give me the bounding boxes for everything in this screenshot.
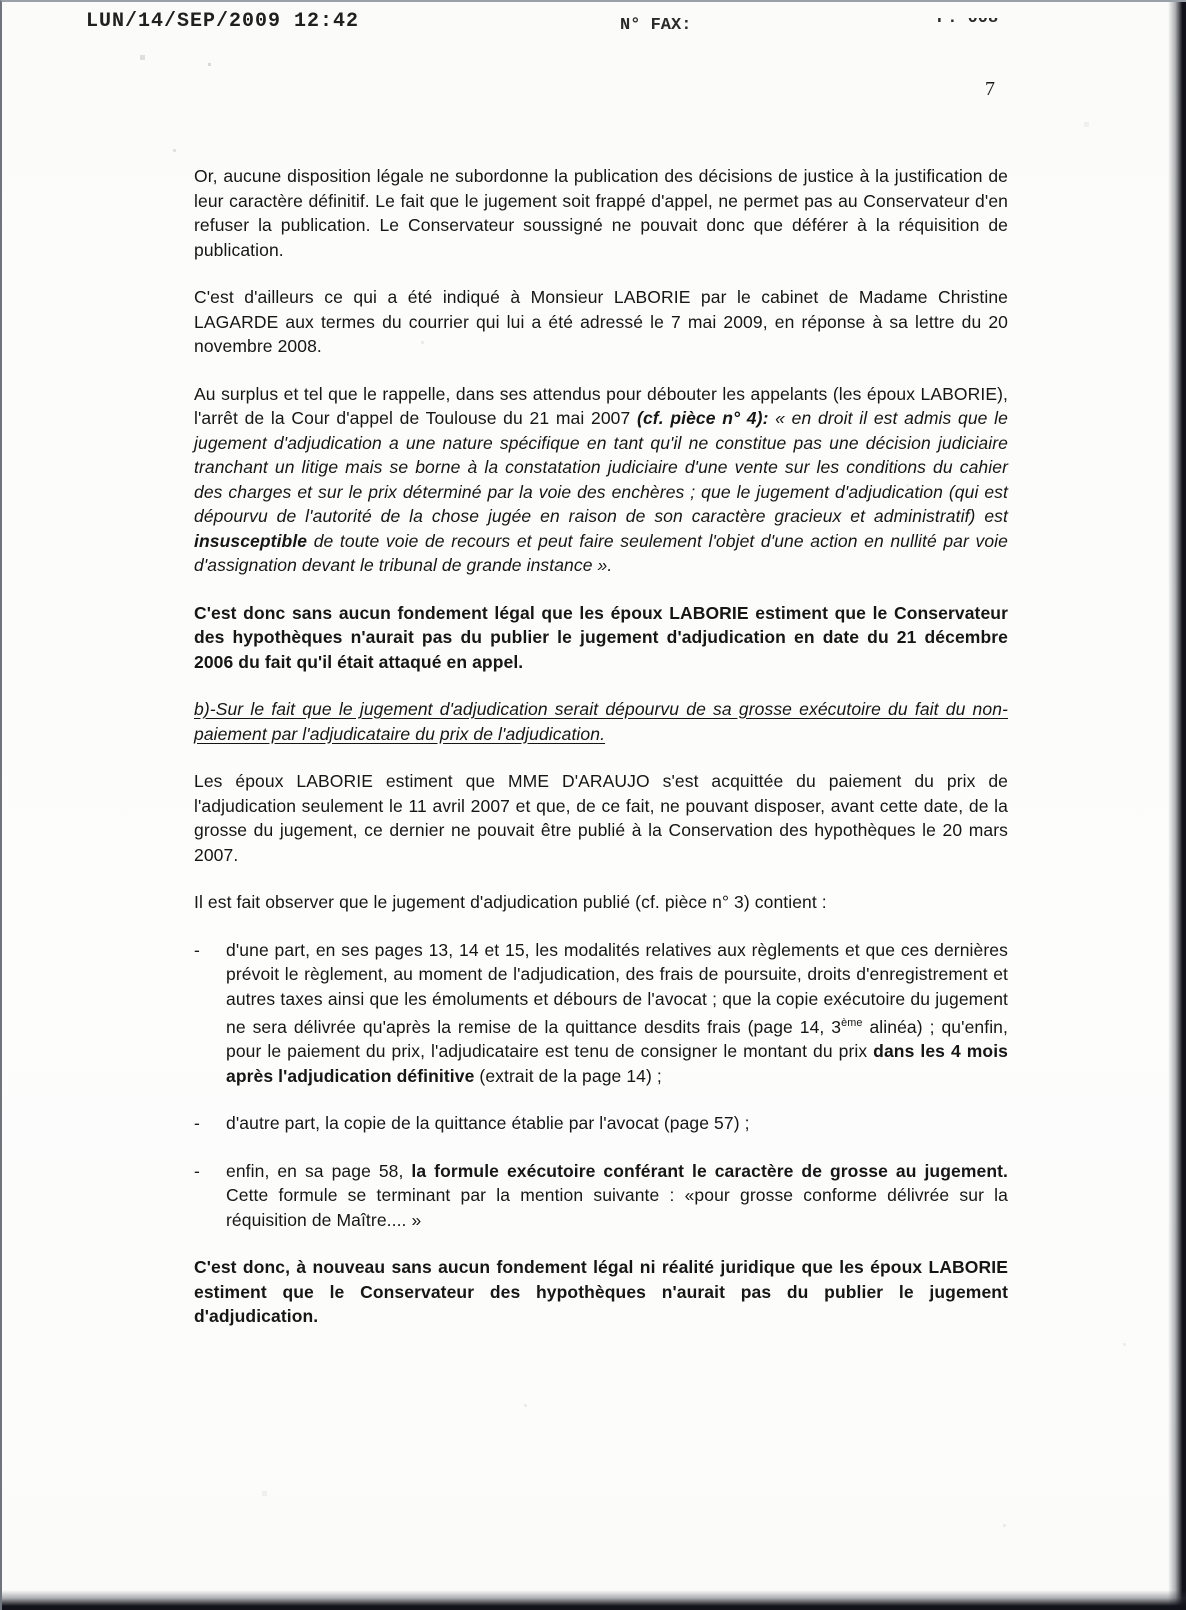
list-item-formule-executoire: - enfin, en sa page 58, la formule exécu… <box>194 1159 1008 1233</box>
text-segment: la formule exécutoire conférant le carac… <box>411 1161 1008 1181</box>
paragraph-intro: Or, aucune disposition légale ne subordo… <box>194 164 1008 262</box>
paragraph-cour-appel-citation: Au surplus et tel que le rappelle, dans … <box>194 382 1008 578</box>
list-item-quittance: - d'autre part, la copie de la quittance… <box>194 1111 1008 1136</box>
document-body: Or, aucune disposition légale ne subordo… <box>194 164 1008 1352</box>
dash-bullet: - <box>194 1159 226 1233</box>
paragraph-lagarde-letter: C'est d'ailleurs ce qui a été indiqué à … <box>194 285 1008 359</box>
page-number: 7 <box>985 78 995 101</box>
fax-header: LUN/14/SEP/2009 12:42 N° FAX: P. 008 <box>2 2 1186 62</box>
fax-page-counter: P. 008 <box>937 18 998 31</box>
fax-number-label: N° FAX: <box>620 16 691 35</box>
section-heading-b: b)-Sur le fait que le jugement d'adjudic… <box>194 697 1008 746</box>
scan-edge-right <box>1168 2 1186 1610</box>
list-item-text: d'une part, en ses pages 13, 14 et 15, l… <box>226 938 1008 1089</box>
paragraph-conclusion-finale: C'est donc, à nouveau sans aucun fondeme… <box>194 1255 1008 1329</box>
text-segment: Il est fait observer que le jugement d'a… <box>194 892 827 912</box>
text-segment: de toute voie de recours et peut faire s… <box>194 531 1008 576</box>
fax-page-counter-text: P. 008 <box>937 18 998 29</box>
text-segment: (cf. pièce n° 4): <box>637 408 768 428</box>
paragraph-araujo-paiement: Les époux LABORIE estiment que MME D'ARA… <box>194 769 1008 867</box>
text-segment: d'autre part, la copie de la quittance é… <box>226 1113 750 1133</box>
scan-edge-bottom <box>2 1590 1186 1610</box>
dash-bullet: - <box>194 938 226 1089</box>
fax-datetime: LUN/14/SEP/2009 12:42 <box>86 10 359 33</box>
text-segment: Cette formule se terminant par la mentio… <box>226 1185 1008 1230</box>
scanned-fax-page: LUN/14/SEP/2009 12:42 N° FAX: P. 008 7 O… <box>0 0 1186 1610</box>
paragraph-observation: Il est fait observer que le jugement d'a… <box>194 890 1008 915</box>
text-segment: C'est d'ailleurs ce qui a été indiqué à … <box>194 287 1008 356</box>
list-item-text: enfin, en sa page 58, la formule exécuto… <box>226 1159 1008 1233</box>
paragraph-conclusion-appel: C'est donc sans aucun fondement légal qu… <box>194 601 1008 675</box>
text-segment: enfin, en sa page 58, <box>226 1161 411 1181</box>
text-segment: b)-Sur le fait que le jugement d'adjudic… <box>194 699 1008 744</box>
text-segment: C'est donc sans aucun fondement légal qu… <box>194 603 1008 672</box>
text-segment: (extrait de la page 14) ; <box>474 1066 661 1086</box>
list-item-pages-13-15: - d'une part, en ses pages 13, 14 et 15,… <box>194 938 1008 1089</box>
list-item-text: d'autre part, la copie de la quittance é… <box>226 1111 1008 1136</box>
dash-bullet: - <box>194 1111 226 1136</box>
text-segment: insusceptible <box>194 531 307 551</box>
text-segment: Les époux LABORIE estiment que MME D'ARA… <box>194 771 1008 865</box>
text-segment: C'est donc, à nouveau sans aucun fondeme… <box>194 1257 1008 1326</box>
text-segment: ème <box>841 1017 862 1029</box>
text-segment: Or, aucune disposition légale ne subordo… <box>194 166 1008 260</box>
